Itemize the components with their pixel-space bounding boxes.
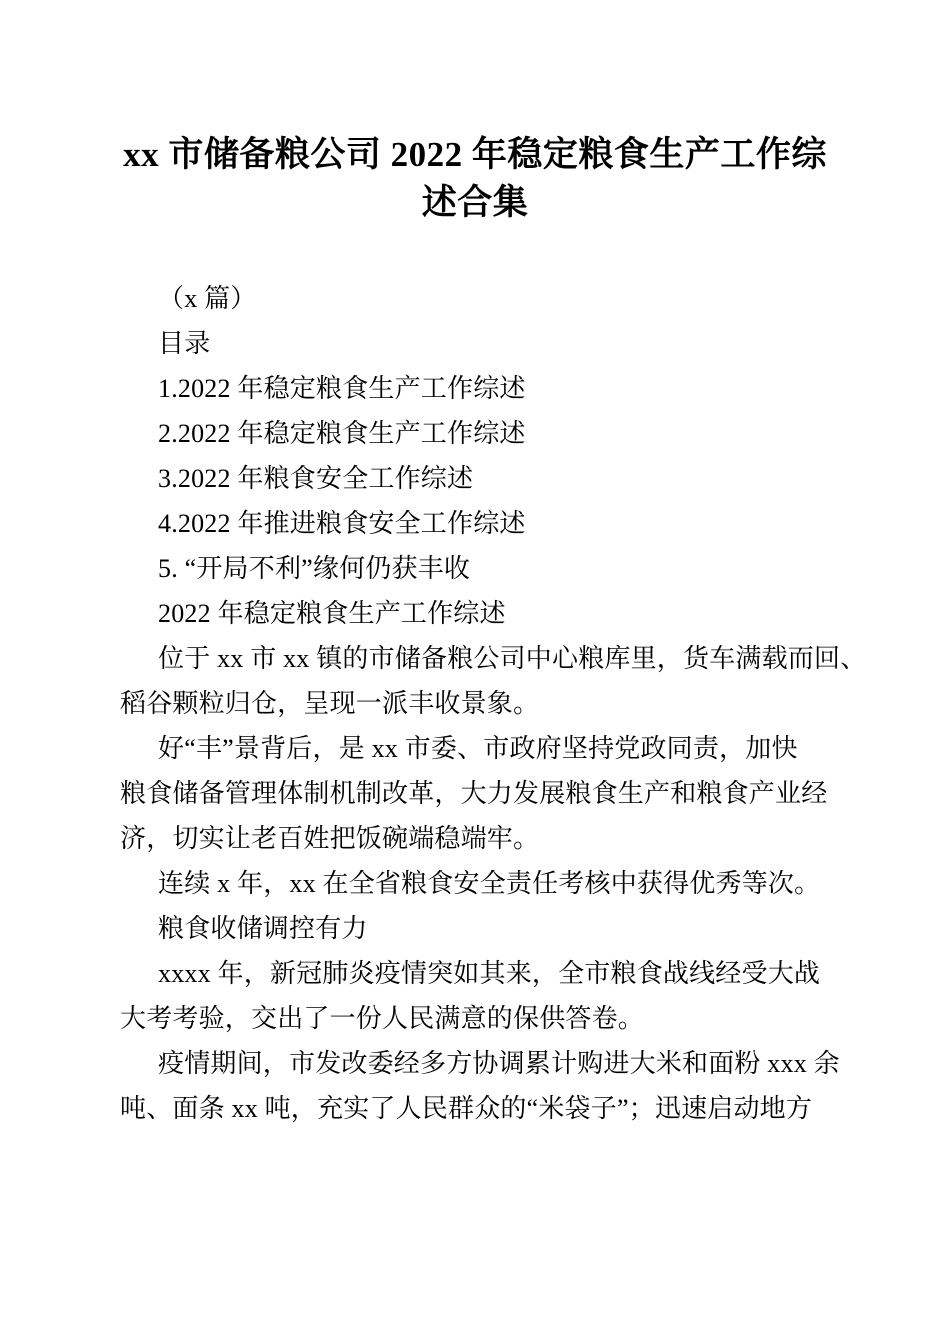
document-title: xx 市储备粮公司 2022 年稳定粮食生产工作综 述合集 bbox=[120, 131, 830, 227]
document-page: xx 市储备粮公司 2022 年稳定粮食生产工作综 述合集 （x 篇） 目录 1… bbox=[0, 0, 950, 1344]
text-line-para1-l2: 稻谷颗粒归仓，呈现一派丰收景象。 bbox=[120, 681, 830, 726]
document-title-line-2: 述合集 bbox=[120, 179, 830, 227]
text-line-para2-l3: 济，切实让老百姓把饭碗端稳端牢。 bbox=[120, 816, 830, 861]
text-line-para5-l2: 吨、面条 xx 吨，充实了人民群众的“米袋子”；迅速启动地方 bbox=[120, 1086, 830, 1131]
text-line-para4-l1: xxxx 年，新冠肺炎疫情突如其来，全市粮食战线经受大战 bbox=[120, 951, 830, 996]
document-body: （x 篇） 目录 1.2022 年稳定粮食生产工作综述 2.2022 年稳定粮食… bbox=[120, 276, 830, 1131]
text-line-toc-item-1: 1.2022 年稳定粮食生产工作综述 bbox=[120, 366, 830, 411]
text-line-toc-item-3: 3.2022 年粮食安全工作综述 bbox=[120, 456, 830, 501]
text-line-para3-l1: 连续 x 年，xx 在全省粮食安全责任考核中获得优秀等次。 bbox=[120, 861, 830, 906]
text-line-para1-l1: 位于 xx 市 xx 镇的市储备粮公司中心粮库里，货车满载而回、 bbox=[120, 636, 830, 681]
text-line-toc-item-4: 4.2022 年推进粮食安全工作综述 bbox=[120, 501, 830, 546]
text-line-toc-heading: 目录 bbox=[120, 321, 830, 366]
text-line-article-title: 2022 年稳定粮食生产工作综述 bbox=[120, 591, 830, 636]
document-title-line-1: xx 市储备粮公司 2022 年稳定粮食生产工作综 bbox=[120, 131, 830, 179]
text-line-toc-item-5: 5. “开局不利”缘何仍获丰收 bbox=[120, 546, 830, 591]
text-line-para2-l1: 好“丰”景背后，是 xx 市委、市政府坚持党政同责，加快 bbox=[120, 726, 830, 771]
text-line-para2-l2: 粮食储备管理体制机制改革，大力发展粮食生产和粮食产业经 bbox=[120, 771, 830, 816]
text-line-piece-count: （x 篇） bbox=[120, 276, 830, 321]
text-line-subheading: 粮食收储调控有力 bbox=[120, 906, 830, 951]
text-line-para5-l1: 疫情期间，市发改委经多方协调累计购进大米和面粉 xxx 余 bbox=[120, 1041, 830, 1086]
text-line-para4-l2: 大考考验，交出了一份人民满意的保供答卷。 bbox=[120, 996, 830, 1041]
text-line-toc-item-2: 2.2022 年稳定粮食生产工作综述 bbox=[120, 411, 830, 456]
